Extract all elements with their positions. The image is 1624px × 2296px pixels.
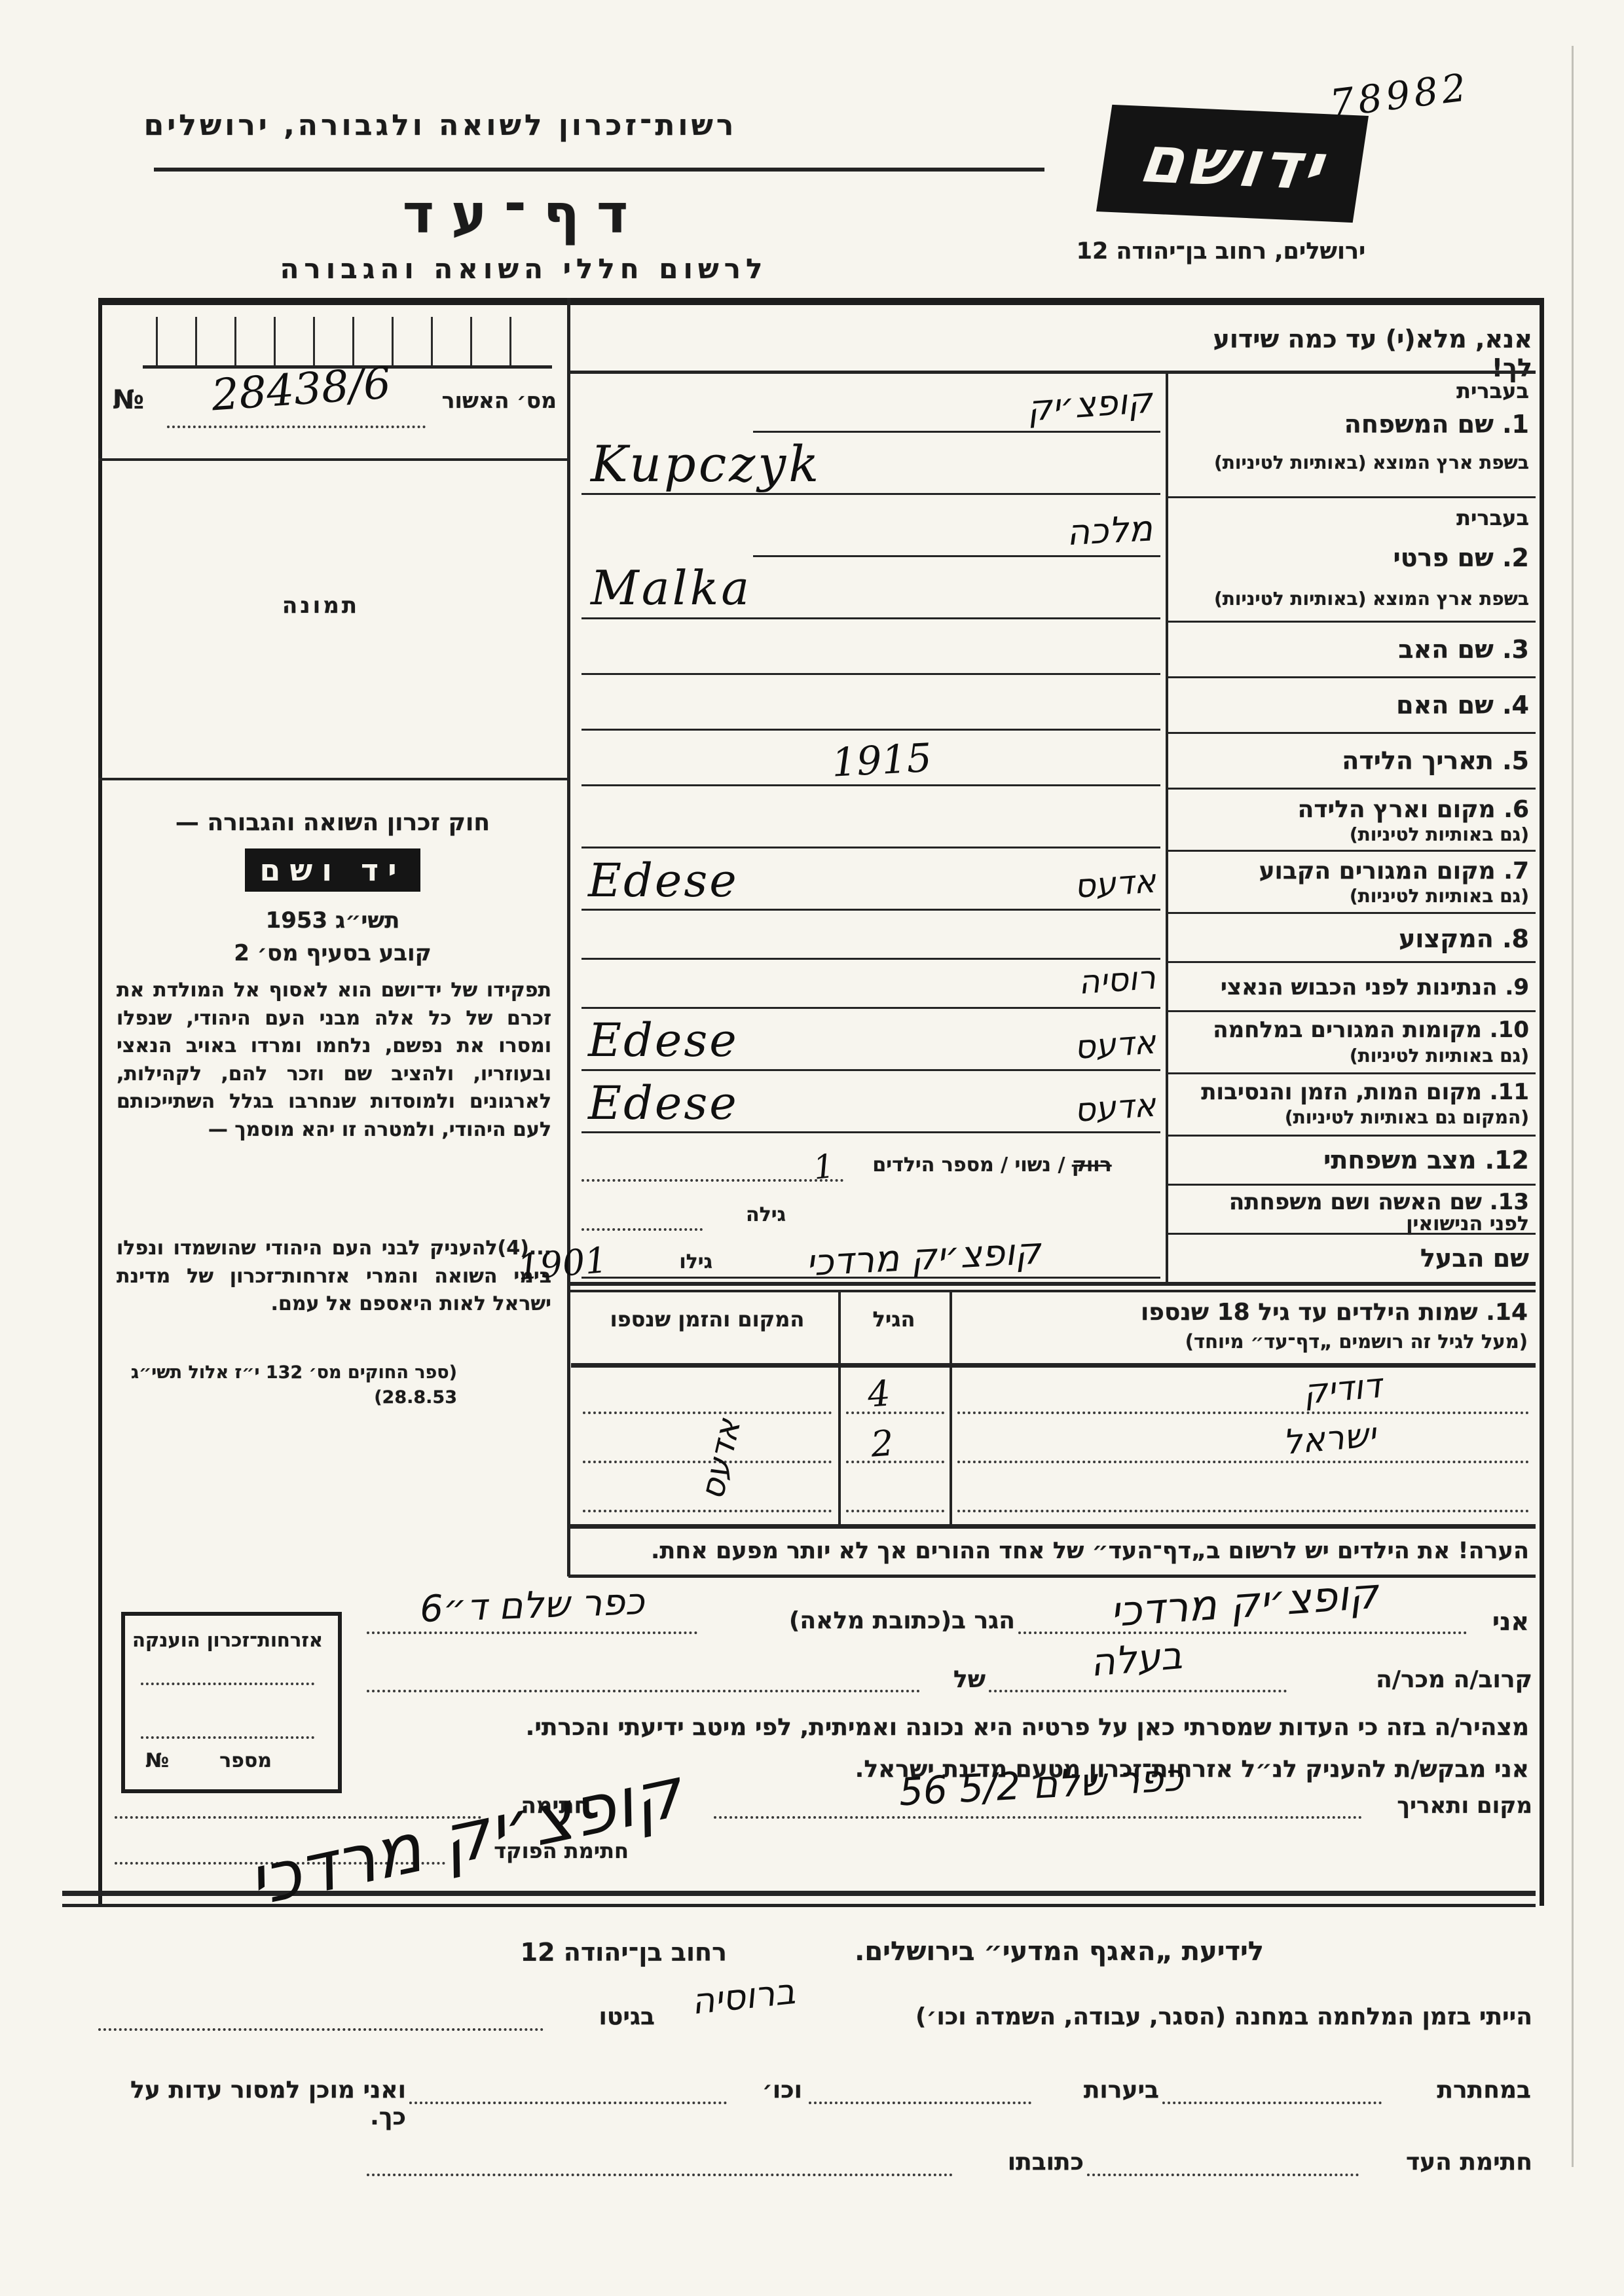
label-divider-6 — [1168, 850, 1536, 852]
family-status-option-single: רווק — [1072, 1154, 1112, 1176]
witness-address-label: כתובתו — [959, 2149, 1084, 2176]
label-divider-12 — [1168, 1184, 1536, 1186]
label-divider-2 — [1168, 621, 1536, 623]
table-col-divider-age-left — [838, 1292, 841, 1525]
field2-title: 2. שם פרטי — [1172, 543, 1529, 572]
forests-label: ביערות — [1038, 2077, 1159, 2104]
citizenship-dotted-2 — [141, 1736, 314, 1739]
field10-title: 10. מקומות המגורים במלחמה — [1172, 1017, 1529, 1043]
sidebar-rule-2 — [98, 778, 570, 780]
citizenship-box-title: אזרחות־זכרון הוענקה — [128, 1629, 327, 1651]
writing-line-f11 — [581, 1131, 1160, 1133]
field11-title: 11. מקום המות, הזמן והנסיבות — [1172, 1079, 1529, 1105]
children-table-subtitle: (מעל לגיל זה רושמים „דף־עד״ מיוחד) — [956, 1330, 1528, 1353]
residence-latin-handwriting: Edese — [588, 854, 824, 907]
sidebar-rule-1 — [98, 458, 570, 461]
serial-tick-marks — [156, 317, 542, 365]
children-table-title: 14. שמות הילדים עד גיל 18 שנספו — [956, 1299, 1528, 1326]
field4-title: 4. שם האם — [1172, 691, 1529, 720]
writing-line-f3 — [581, 673, 1160, 675]
witness-address-dots — [367, 2174, 953, 2176]
field2-sublabel: בשפת ארץ המוצא (באותיות לטיניות) — [1172, 588, 1529, 610]
table-row1-dots-place — [583, 1412, 832, 1414]
field9-title: 9. הנתינות לפני הכבוש הנאצי — [1172, 974, 1529, 1000]
wartime-camp-handwriting: ברוסיה — [653, 1967, 833, 2026]
witness-signature-label: חתימת העד — [1365, 2149, 1532, 2176]
husband-name-label: שם הבעל — [1172, 1244, 1529, 1273]
law-year: תשי״ג 1953 — [113, 907, 553, 934]
relative-label: קרוב/ה מכר/ה — [1293, 1666, 1532, 1693]
etc-label: וכו׳ — [733, 2077, 802, 2104]
page-edge-line — [1572, 46, 1574, 2167]
children-note: הערה! את הילדים יש לרשום ב„דף־העד״ של אח… — [583, 1536, 1529, 1567]
surname-latin-handwriting: Kupczyk — [591, 435, 918, 493]
label-divider-8 — [1168, 961, 1536, 963]
label-divider-7 — [1168, 912, 1536, 914]
label-divider-1 — [1168, 496, 1536, 498]
field1-title: 1. שם המשפחה — [1172, 410, 1529, 439]
law-section: קובע בסעיף מס׳ 2 — [113, 940, 553, 966]
wife-age-aid-label: גילה — [707, 1203, 786, 1226]
law-clause: ...(4)להעניק לבני העם היהודי שהושמדו ונפ… — [117, 1235, 551, 1319]
declaration-i-label: אני — [1470, 1607, 1529, 1636]
etc-dots — [409, 2102, 727, 2104]
writing-line-f9 — [581, 1007, 1160, 1009]
writing-line-f5 — [581, 784, 1160, 786]
family-status-options: רווק / נשוי / מספר הילדים — [848, 1154, 1136, 1176]
writing-line-f4 — [581, 729, 1160, 731]
header-rule — [154, 168, 1044, 172]
field13-sublabel: לפני הנישואין — [1172, 1212, 1529, 1235]
writing-line-f7 — [581, 909, 1160, 911]
field5-title: 5. תאריך הלידה — [1172, 746, 1529, 775]
writing-line-f6 — [581, 847, 1160, 848]
table-row3-dots-name — [957, 1510, 1529, 1512]
writing-line-f2-latin — [581, 617, 1160, 619]
dotted-line-f13 — [581, 1228, 703, 1231]
field6-title: 6. מקום וארץ הלידה — [1172, 796, 1529, 823]
declaration-residing-label: הגר ב(כתובת מלאה) — [704, 1607, 1015, 1634]
field1-language-label: בעברית — [1172, 378, 1529, 403]
authority-line: רשות־זכרון לשואה ולגבורה, ירושלים — [134, 109, 747, 142]
husband-age-label: גילו — [647, 1250, 712, 1273]
war-residence-latin-handwriting: Edese — [588, 1013, 824, 1067]
label-divider-4 — [1168, 732, 1536, 734]
underground-dots — [1162, 2102, 1382, 2104]
child1-age-handwriting: 4 — [866, 1370, 921, 1415]
yad-vashem-logo-text: ידושם — [1135, 122, 1330, 205]
declaration-statement: מצהיר/ה בזה כי העדות שמסרתי כאן על פרטיה… — [367, 1714, 1529, 1741]
approval-dotted-line — [167, 426, 426, 428]
ghetto-dots — [98, 2028, 544, 2031]
field3-title: 3. שם האב — [1172, 635, 1529, 664]
law-reference: (ספר החוקים מס׳ 132 י״ז אלול תשי״ג 28.8.… — [117, 1360, 457, 1410]
table-row3-dots-age — [846, 1510, 944, 1512]
field2-language-label: בעברית — [1172, 505, 1529, 530]
firstname-latin-handwriting: Malka — [591, 560, 879, 615]
field12-title: 12. מצב משפחתי — [1172, 1146, 1529, 1175]
birth-year-handwriting: 1915 — [830, 731, 1003, 786]
of-whom-dots — [367, 1690, 920, 1692]
field13-title: 13. שם האשה ושם משפחתה — [1172, 1189, 1529, 1215]
law-logo-text: יד ושם — [245, 848, 420, 892]
death-place-latin-handwriting: Edese — [588, 1076, 837, 1130]
law-intro: חוק זכרון השואה והגבורה — — [113, 809, 553, 836]
table-bottom-rule — [568, 1524, 1536, 1529]
ready-to-testify-line: ואני מוכן למסור עדות על כך. — [98, 2077, 406, 2130]
writing-line-f8 — [581, 958, 1160, 960]
label-divider-13 — [1168, 1233, 1536, 1235]
scanned-testimony-page: 78982 רשות־זכרון לשואה ולגבורה, ירושלים … — [0, 0, 1624, 2296]
field11-sublabel: (המקום גם באותיות לטיניות) — [1172, 1106, 1529, 1128]
declaration-address-dots — [367, 1631, 697, 1634]
label-divider-5 — [1168, 788, 1536, 790]
table-top-rule-1 — [568, 1282, 1536, 1286]
place-date-label: מקום ותאריך — [1369, 1793, 1532, 1819]
scientific-branch-address: רחוב בן־יהודה 12 — [445, 1938, 727, 1967]
law-logo-chip: יד ושם — [113, 848, 553, 892]
field8-title: 8. המקצוע — [1172, 924, 1529, 953]
family-status-options-rest: / נשוי / מספר הילדים — [872, 1154, 1065, 1176]
yad-vashem-logo: ידושם — [1096, 105, 1369, 223]
field7-sublabel: (גם באותיות לטיניות) — [1172, 885, 1529, 907]
writing-line-f10 — [581, 1069, 1160, 1071]
field7-title: 7. מקום המגורים הקבוע — [1172, 858, 1529, 884]
sidebar-divider — [567, 298, 570, 1576]
field1-sublabel: בשפת ארץ המוצא (באותיות לטיניות) — [1172, 452, 1529, 473]
label-divider-11 — [1168, 1135, 1536, 1137]
witness-signature-dots — [1087, 2174, 1359, 2176]
of-label: של — [927, 1666, 986, 1693]
law-body: תפקידו של יד־ושם הוא לאסוף אל המולדת את … — [117, 977, 551, 1144]
photo-box-label: תמונה — [242, 592, 399, 619]
label-divider-10 — [1168, 1072, 1536, 1074]
wartime-camp-line: הייתי בזמן המלחמה במחנה (הסגר, עבודה, הש… — [835, 2003, 1532, 2030]
writing-line-f1-latin — [581, 493, 1160, 495]
table-top-rule-2 — [568, 1290, 1536, 1292]
forests-dots — [809, 2102, 1031, 2104]
label-divider-3 — [1168, 676, 1536, 678]
dotted-line-f12 — [581, 1179, 843, 1182]
inner-top-rule — [568, 371, 1536, 374]
scientific-branch-info: לידיעת „האגף המדעי״ בירושלים. — [747, 1937, 1264, 1967]
approval-number-sign: № — [113, 385, 144, 415]
field10-sublabel: (גם באותיות לטיניות) — [1172, 1045, 1529, 1066]
approval-label: מס׳ האשור — [429, 388, 557, 413]
child2-age-handwriting: 2 — [870, 1420, 925, 1465]
children-place-column-header: המקום והזמן שנספו — [580, 1307, 835, 1332]
form-title: דף־עד — [354, 183, 694, 246]
field6-sublabel: (גם באותיות לטיניות) — [1172, 824, 1529, 845]
ghetto-label: בגיטו — [553, 2003, 655, 2030]
label-divider-9 — [1168, 1010, 1536, 1012]
citizenship-number-sign: № — [145, 1749, 169, 1772]
table-col-divider-age-right — [950, 1292, 952, 1525]
form-subtitle: לרשום חללי השואה והגבורה — [216, 253, 832, 285]
labels-divider — [1166, 371, 1168, 1283]
logo-address: ירושלים, רחוב בן־יהודה 12 — [1043, 238, 1399, 264]
underground-label: במחתרת — [1387, 2077, 1531, 2104]
citizenship-number-label: מספר — [193, 1749, 272, 1772]
children-age-column-header: הגיל — [841, 1307, 946, 1332]
citizenship-dotted-1 — [141, 1683, 314, 1685]
